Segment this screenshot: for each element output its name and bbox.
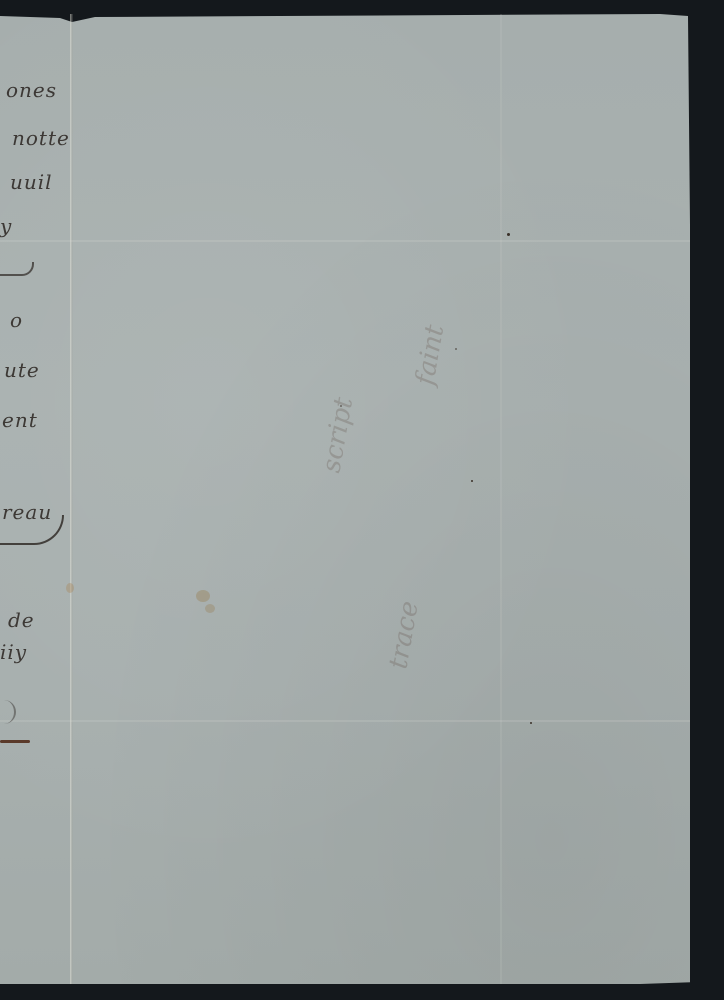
paper-speck (530, 722, 532, 724)
paper-sheet (0, 14, 690, 984)
handwriting-fragment: ones (6, 78, 57, 102)
handwriting-fragment: ute (4, 358, 40, 382)
handwriting-fragment: notte (12, 126, 70, 150)
handwriting-fragment: uuil (10, 170, 53, 194)
paper-speck (340, 405, 342, 407)
horizontal-crease (0, 240, 690, 242)
horizontal-crease (0, 720, 690, 722)
ink-underline-mark (0, 740, 30, 743)
vertical-fold-line (70, 14, 73, 984)
paper-speck (455, 348, 457, 350)
handwriting-fragment: ent (2, 408, 38, 432)
paper-speck (507, 233, 510, 236)
paper-speck (471, 480, 473, 482)
handwriting-fragment: o (10, 308, 23, 332)
handwriting-fragment: y (0, 214, 12, 238)
handwriting-fragment: de (8, 608, 35, 632)
foxing-stain (205, 604, 215, 613)
foxing-stain (66, 583, 74, 593)
handwriting-fragment: iiy (0, 640, 27, 664)
scan-background: ones notte uuil y o ute ent reau de iiy … (0, 0, 724, 1000)
vertical-crease (500, 14, 502, 984)
foxing-stain (196, 590, 210, 602)
